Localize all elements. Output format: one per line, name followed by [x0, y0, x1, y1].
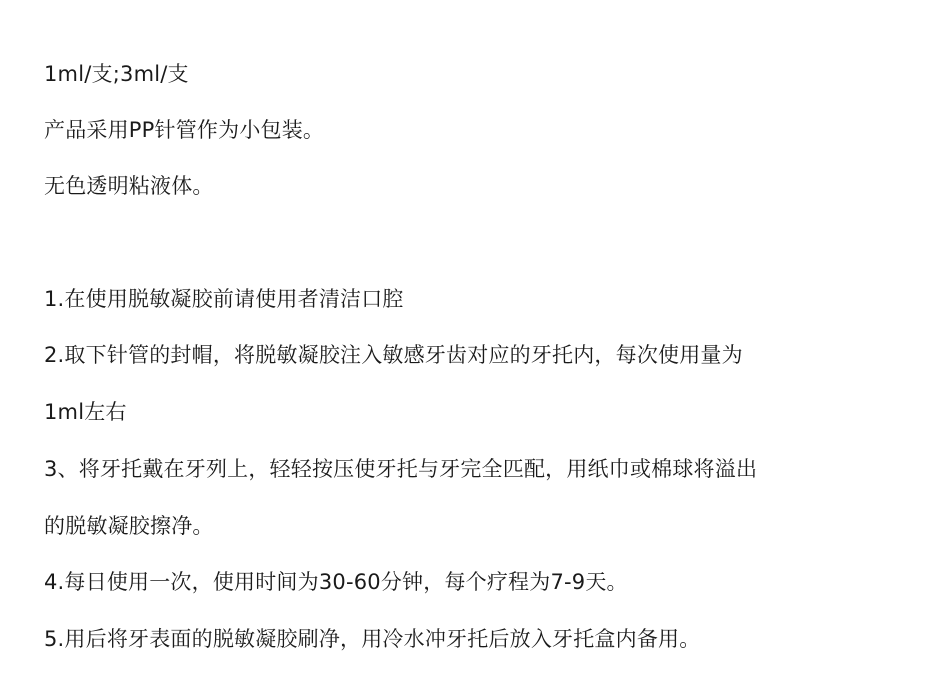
instruction-step-4: 4.每日使用一次，使用时间为30-60分钟，每个疗程为7-9天。	[44, 568, 628, 596]
spec-packaging: 产品采用PP针管作为小包装。	[44, 116, 324, 144]
instruction-step-3-cont: 的脱敏凝胶擦净。	[44, 512, 214, 540]
instruction-step-1: 1.在使用脱敏凝胶前请使用者清洁口腔	[44, 285, 404, 313]
spec-size: 1ml/支;3ml/支	[44, 60, 189, 88]
spec-appearance: 无色透明粘液体。	[44, 172, 214, 200]
instruction-step-5: 5.用后将牙表面的脱敏凝胶刷净，用冷水冲牙托后放入牙托盒内备用。	[44, 625, 700, 653]
instruction-step-3: 3、将牙托戴在牙列上，轻轻按压使牙托与牙完全匹配，用纸巾或棉球将溢出	[44, 455, 757, 483]
instruction-step-2-cont: 1ml左右	[44, 398, 127, 426]
instruction-step-2: 2.取下针管的封帽，将脱敏凝胶注入敏感牙齿对应的牙托内，每次使用量为	[44, 341, 743, 369]
